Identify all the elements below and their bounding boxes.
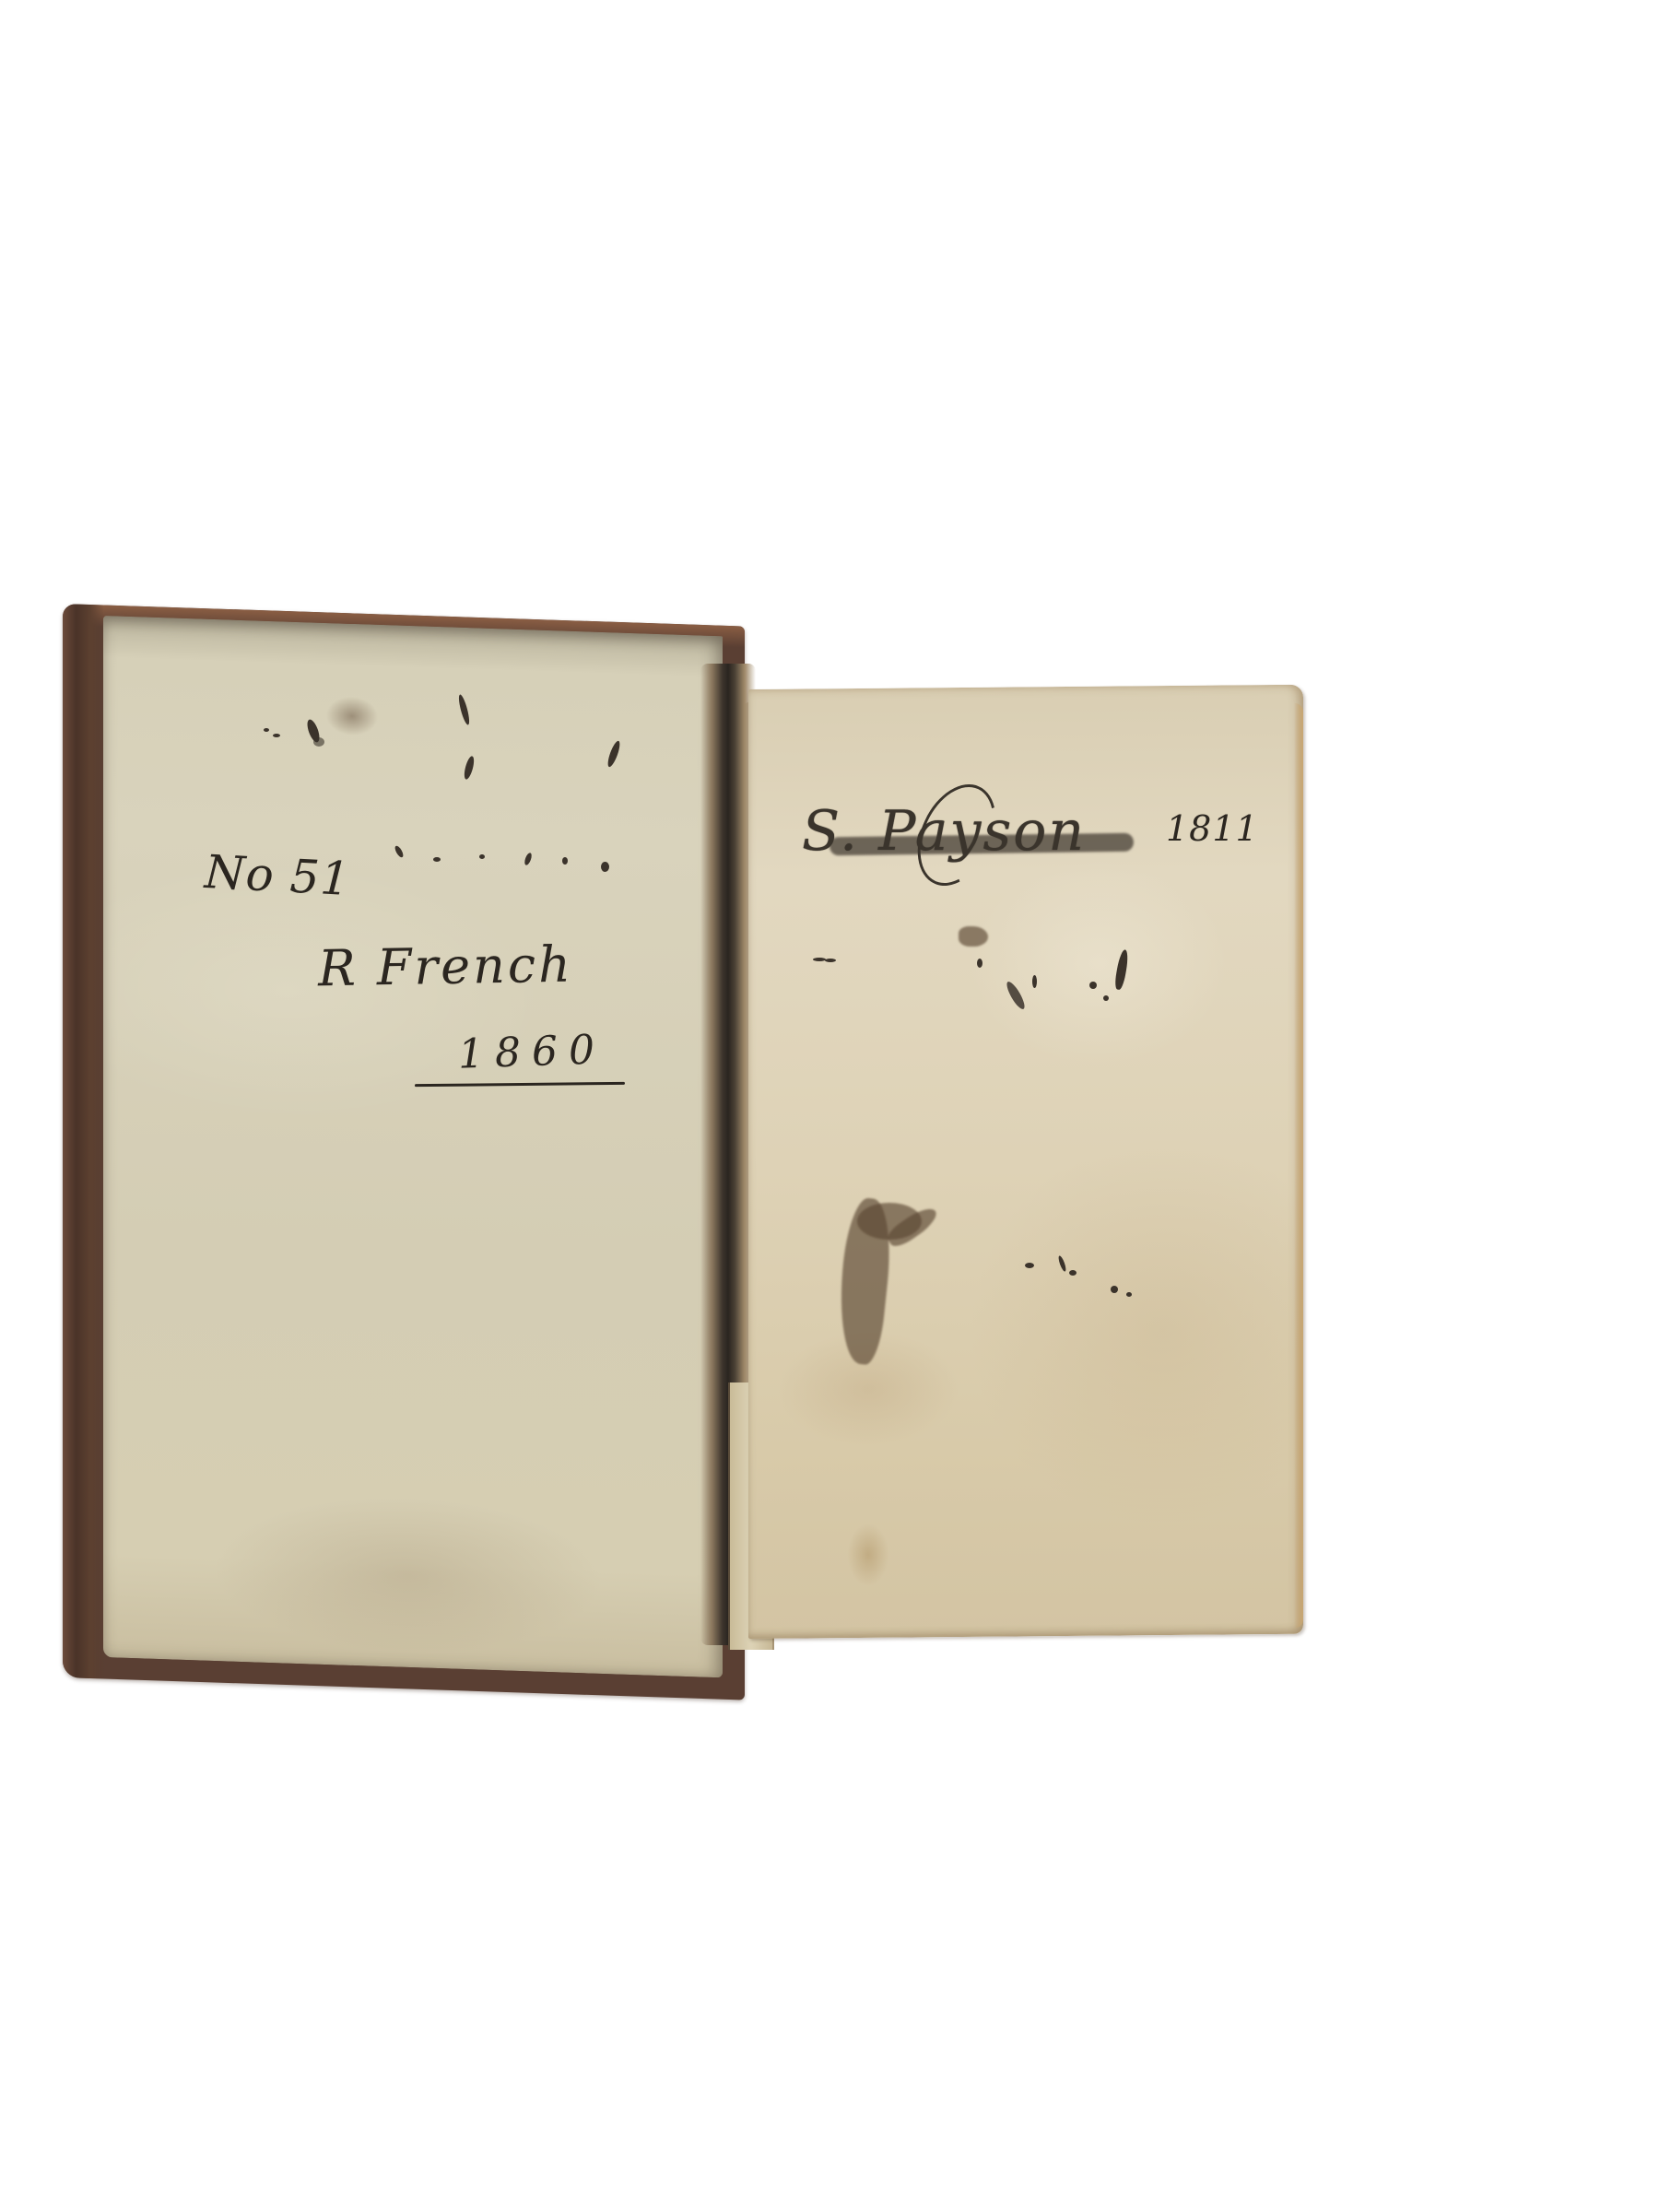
front-pastedown-page xyxy=(103,616,723,1677)
ink-speck xyxy=(1103,995,1109,1001)
ink-speck xyxy=(1089,982,1097,989)
ink-speck xyxy=(1126,1292,1132,1297)
ink-speck xyxy=(264,728,269,732)
ink-speck xyxy=(562,857,568,865)
inscription-signature: S. Payson xyxy=(802,804,1086,859)
ink-speck xyxy=(813,958,826,961)
book-photo-scene: No 51 R French 1860 S. Payson 1811 xyxy=(0,0,1659,2212)
ink-speck xyxy=(313,737,324,747)
ink-speck xyxy=(273,734,280,737)
inscription-year-left: 1860 xyxy=(457,1030,606,1076)
ink-blot xyxy=(959,926,988,947)
ink-speck xyxy=(1069,1270,1077,1276)
ink-speck xyxy=(433,857,441,862)
ink-speck xyxy=(825,959,836,962)
inscription-owner-name: R French xyxy=(318,940,574,994)
inscription-year-right: 1811 xyxy=(1166,811,1259,846)
ink-speck xyxy=(1111,1286,1118,1293)
ink-speck xyxy=(977,959,982,968)
ink-speck xyxy=(601,862,609,872)
ink-speck xyxy=(1025,1263,1034,1268)
ink-speck xyxy=(479,854,485,859)
inscription-number: No 51 xyxy=(204,849,352,902)
ink-speck xyxy=(1032,975,1037,988)
